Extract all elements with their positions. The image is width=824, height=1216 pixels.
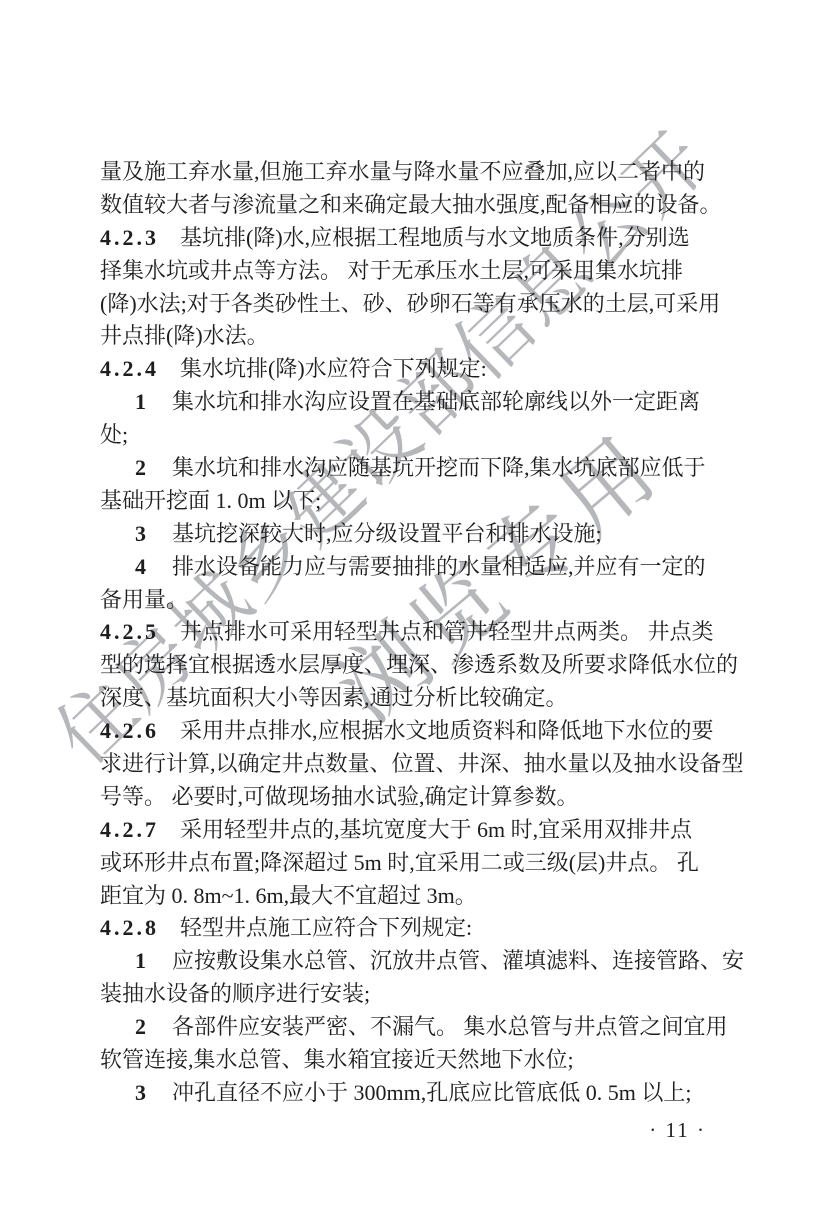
item-number: 3 [135,1080,146,1105]
line-text: 基础开挖面 1. 0m 以下; [100,488,321,513]
line-text: (降)水法;对于各类砂性土、砂、砂卵石等有承压水的土层,可采用 [100,291,720,316]
text-line: 距宜为 0. 8m~1. 6m,最大不宜超过 3m。 [100,880,740,913]
line-text: 集水坑和排水沟应随基坑开挖而下降,集水坑底部应低于 [172,455,706,480]
line-text: 集水坑排(降)水应符合下列规定: [180,356,487,381]
text-line: 4.2.4集水坑排(降)水应符合下列规定: [100,353,740,386]
text-line: 处; [100,419,740,452]
line-text: 应按敷设集水总管、沉放井点管、灌填滤料、连接管路、安 [172,948,744,973]
text-line: 4.2.5井点排水可采用轻型井点和管井轻型井点两类。 井点类 [100,616,740,649]
text-line: (降)水法;对于各类砂性土、砂、砂卵石等有承压水的土层,可采用 [100,288,740,321]
text-line: 4.2.7采用轻型井点的,基坑宽度大于 6m 时,宜采用双排井点 [100,814,740,847]
text-line: 基础开挖面 1. 0m 以下; [100,485,740,518]
item-number: 2 [135,1014,146,1039]
text-line: 2各部件应安装严密、不漏气。 集水总管与井点管之间宜用 [100,1011,740,1044]
text-line: 4.2.6采用井点排水,应根据水文地质资料和降低地下水位的要 [100,715,740,748]
line-text: 备用量。 [100,587,188,612]
text-line: 4.2.8轻型井点施工应符合下列规定: [100,912,740,945]
item-number: 4 [135,554,146,579]
line-text: 数值较大者与渗流量之和来确定最大抽水强度,配备相应的设备。 [100,192,722,217]
line-text: 采用轻型井点的,基坑宽度大于 6m 时,宜采用双排井点 [180,817,692,842]
text-line: 4.2.3基坑排(降)水,应根据工程地质与水文地质条件,分别选 [100,222,740,255]
line-text: 深度、基坑面积大小等因素,通过分析比较确定。 [100,685,568,710]
line-text: 处; [100,422,128,447]
item-number: 1 [135,948,146,973]
text-line: 1集水坑和排水沟应设置在基础底部轮廓线以外一定距离 [100,386,740,419]
document-page: 住房城乡建设部信息公开 浏览专用 量及施工弃水量,但施工弃水量与降水量不应叠加,… [0,0,824,1216]
line-text: 量及施工弃水量,但施工弃水量与降水量不应叠加,应以二者中的 [100,159,705,184]
line-text: 软管连接,集水总管、集水箱宜接近天然地下水位; [100,1047,574,1072]
line-text: 择集水坑或井点等方法。 对于无承压水土层,可采用集水坑排 [100,258,683,283]
text-line: 装抽水设备的顺序进行安装; [100,978,740,1011]
line-text: 轻型井点施工应符合下列规定: [180,915,472,940]
line-text: 井点排(降)水法。 [100,323,269,348]
line-text: 型的选择宜根据透水层厚度、埋深、渗透系数及所要求降低水位的 [100,652,738,677]
line-text: 求进行计算,以确定井点数量、位置、井深、抽水量以及抽水设备型 [100,751,744,776]
line-text: 各部件应安装严密、不漏气。 集水总管与井点管之间宜用 [172,1014,728,1039]
item-number: 1 [135,389,146,414]
item-number: 2 [135,455,146,480]
line-text: 集水坑和排水沟应设置在基础底部轮廓线以外一定距离 [172,389,700,414]
page-number: · 11 · [649,1118,706,1143]
line-text: 冲孔直径不应小于 300mm,孔底应比管底低 0. 5m 以上; [172,1080,691,1105]
clause-number: 4.2.3 [100,225,159,250]
clause-number: 4.2.4 [100,356,159,381]
line-text: 排水设备能力应与需要抽排的水量相适应,并应有一定的 [172,554,706,579]
text-line: 量及施工弃水量,但施工弃水量与降水量不应叠加,应以二者中的 [100,156,740,189]
text-line: 求进行计算,以确定井点数量、位置、井深、抽水量以及抽水设备型 [100,748,740,781]
text-line: 或环形井点布置;降深超过 5m 时,宜采用二或三级(层)井点。 孔 [100,847,740,880]
line-text: 距宜为 0. 8m~1. 6m,最大不宜超过 3m。 [100,883,477,908]
text-line: 备用量。 [100,584,740,617]
line-text: 或环形井点布置;降深超过 5m 时,宜采用二或三级(层)井点。 孔 [100,850,699,875]
text-line: 4排水设备能力应与需要抽排的水量相适应,并应有一定的 [100,551,740,584]
text-line: 择集水坑或井点等方法。 对于无承压水土层,可采用集水坑排 [100,255,740,288]
text-line: 1应按敷设集水总管、沉放井点管、灌填滤料、连接管路、安 [100,945,740,978]
clause-number: 4.2.6 [100,718,159,743]
item-number: 3 [135,521,146,546]
text-line: 3冲孔直径不应小于 300mm,孔底应比管底低 0. 5m 以上; [100,1077,740,1110]
text-line: 号等。 必要时,可做现场抽水试验,确定计算参数。 [100,781,740,814]
text-line: 型的选择宜根据透水层厚度、埋深、渗透系数及所要求降低水位的 [100,649,740,682]
text-line: 3基坑挖深较大时,应分级设置平台和排水设施; [100,518,740,551]
line-text: 井点排水可采用轻型井点和管井轻型井点两类。 井点类 [180,619,714,644]
text-line: 2集水坑和排水沟应随基坑开挖而下降,集水坑底部应低于 [100,452,740,485]
line-text: 基坑排(降)水,应根据工程地质与水文地质条件,分别选 [180,225,690,250]
line-text: 采用井点排水,应根据水文地质资料和降低地下水位的要 [180,718,714,743]
text-line: 井点排(降)水法。 [100,320,740,353]
clause-number: 4.2.7 [100,817,159,842]
text-line: 软管连接,集水总管、集水箱宜接近天然地下水位; [100,1044,740,1077]
clause-number: 4.2.8 [100,915,159,940]
line-text: 装抽水设备的顺序进行安装; [100,981,370,1006]
clause-number: 4.2.5 [100,619,159,644]
text-line: 数值较大者与渗流量之和来确定最大抽水强度,配备相应的设备。 [100,189,740,222]
line-text: 号等。 必要时,可做现场抽水试验,确定计算参数。 [100,784,579,809]
text-block: 量及施工弃水量,但施工弃水量与降水量不应叠加,应以二者中的数值较大者与渗流量之和… [100,156,740,1110]
text-line: 深度、基坑面积大小等因素,通过分析比较确定。 [100,682,740,715]
line-text: 基坑挖深较大时,应分级设置平台和排水设施; [172,521,602,546]
